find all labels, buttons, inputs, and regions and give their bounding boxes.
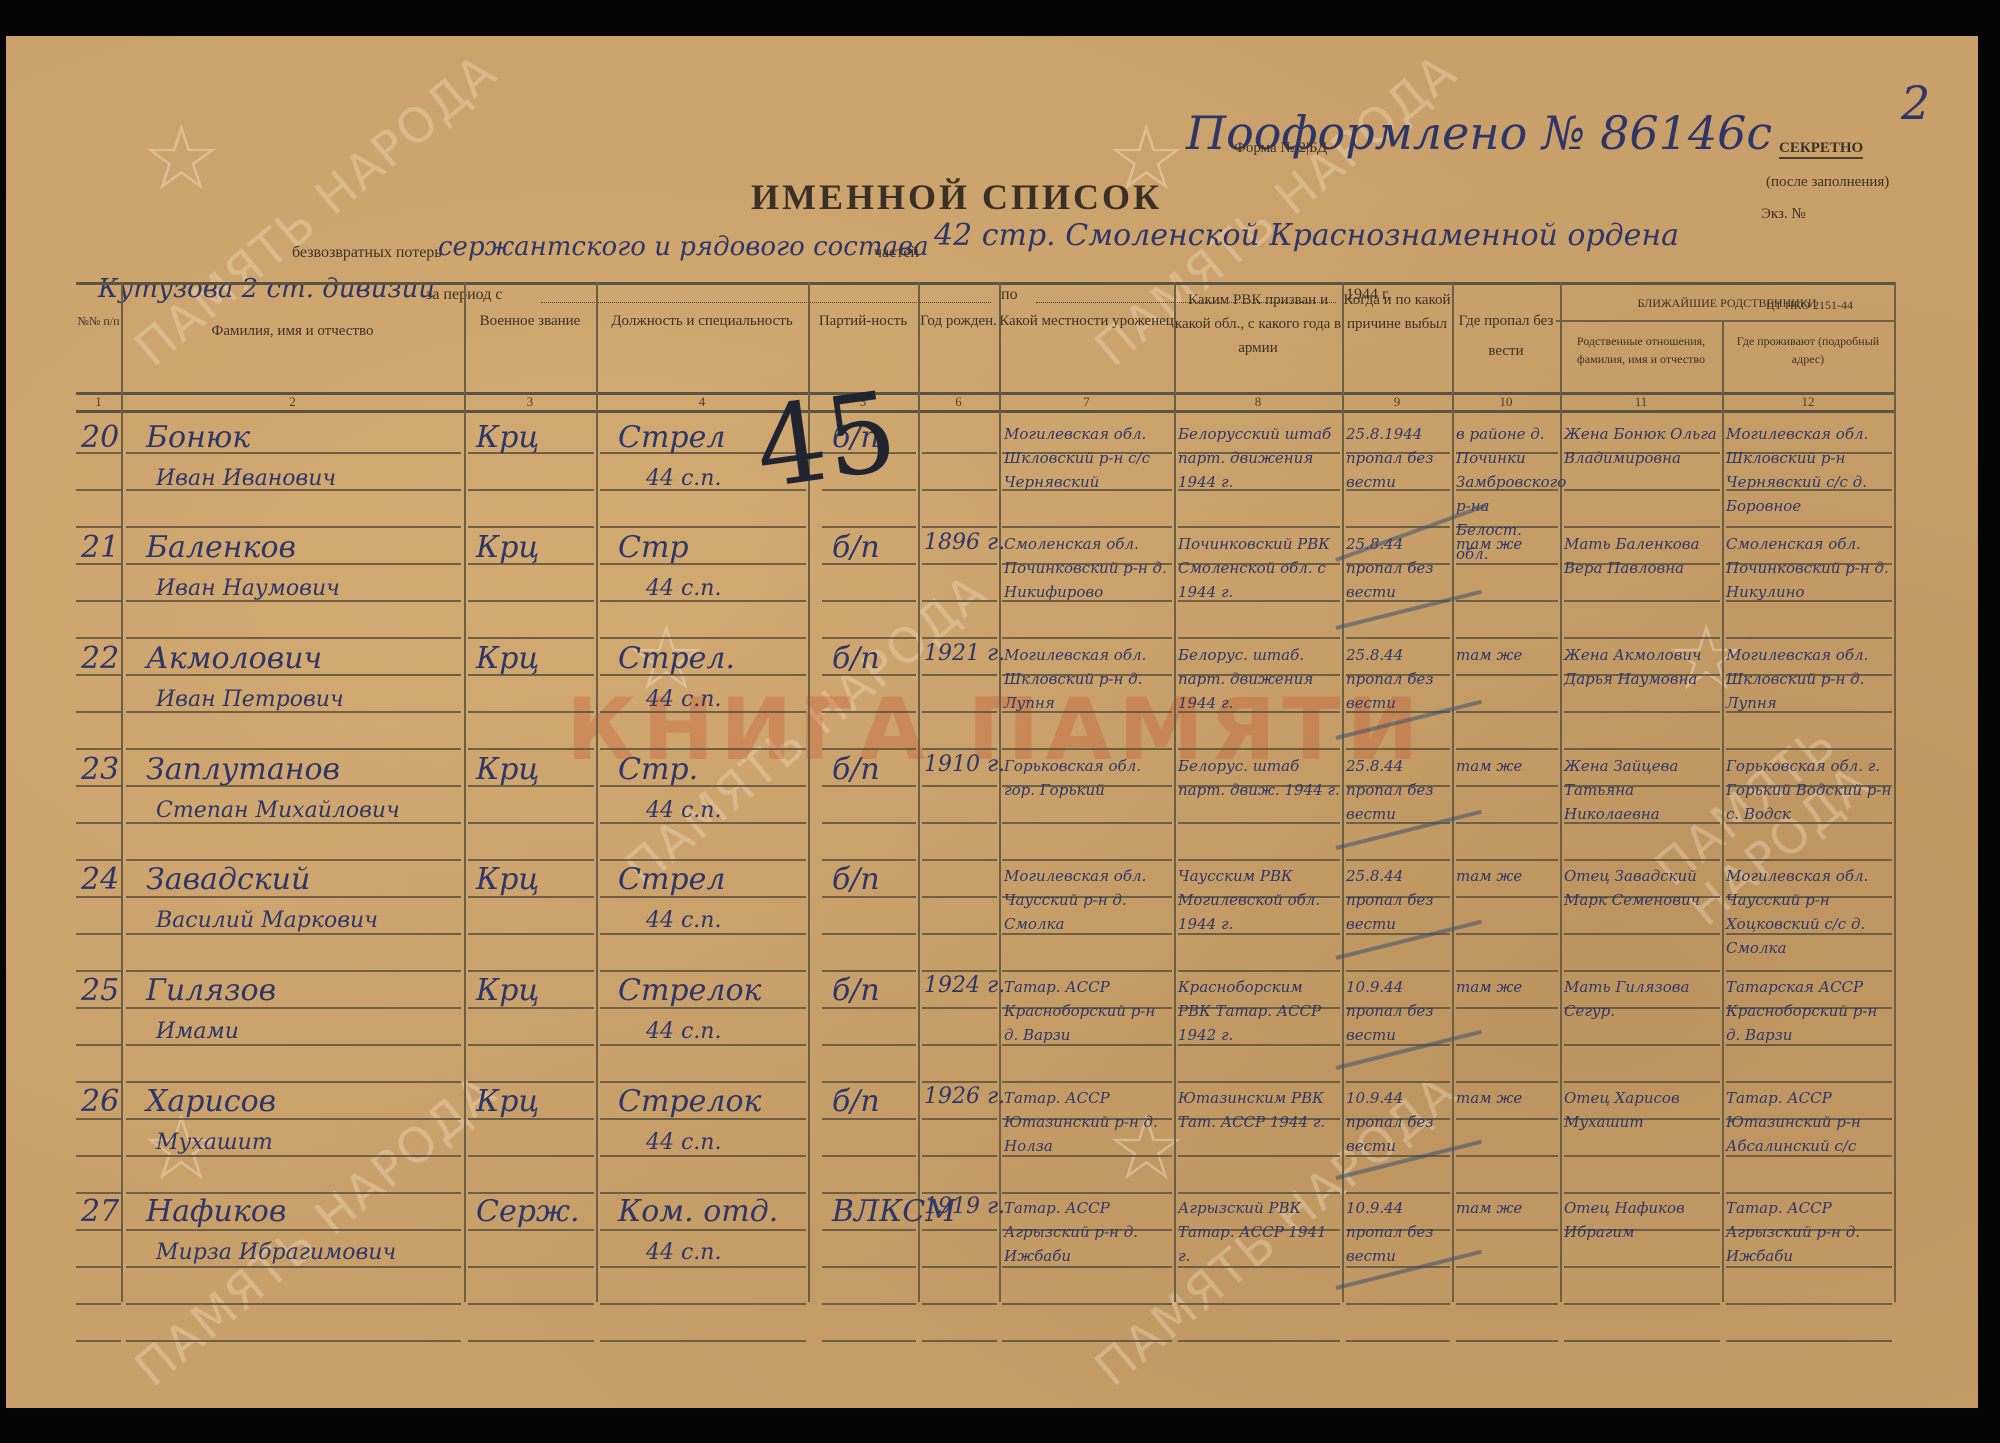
ruled-line xyxy=(1178,1155,1340,1157)
origin: Татар. АССР Агрызский р-н д. Ижбаби xyxy=(1004,1196,1172,1268)
ruled-line xyxy=(1456,896,1558,898)
relative-address: Могилевская обл. Шкловский р-н д. Лупня xyxy=(1726,643,1892,715)
ruled-line xyxy=(468,637,594,639)
ruled-line xyxy=(1564,1303,1720,1305)
col-header-origin: Какой местности уроженец xyxy=(999,306,1174,336)
rvk: Починковский РВК Смоленской обл. с 1944 … xyxy=(1178,532,1340,604)
origin: Могилевская обл. Шкловский р-н с/с Черня… xyxy=(1004,422,1172,494)
ruled-line xyxy=(1564,1044,1720,1046)
unit: 44 с.п. xyxy=(646,1240,806,1265)
col-divider xyxy=(1894,282,1896,1302)
relative-address: Татар. АССР Ютазинский р-н Абсалинский с… xyxy=(1726,1086,1892,1158)
ruled-line xyxy=(1564,489,1720,491)
period-to-label: по xyxy=(1001,286,1018,304)
ruled-line xyxy=(922,1044,997,1046)
ruled-line xyxy=(1564,1155,1720,1157)
ruled-line xyxy=(126,1340,461,1342)
ruled-line xyxy=(1346,1081,1450,1083)
ruled-line xyxy=(1456,1340,1558,1342)
ruled-line xyxy=(468,600,594,602)
when-lost: 25.8.44 пропал без вести xyxy=(1346,864,1450,936)
ruled-line xyxy=(468,822,594,824)
ruled-line xyxy=(1564,748,1720,750)
ruled-line xyxy=(922,489,997,491)
when-lost: 25.8.44 пропал без вести xyxy=(1346,643,1450,715)
when-lost: 25.8.44 пропал без вести xyxy=(1346,532,1450,604)
ruled-line xyxy=(1564,1081,1720,1083)
ruled-line xyxy=(1726,1340,1892,1342)
ruled-line xyxy=(1456,1303,1558,1305)
given-names: Мухашит xyxy=(156,1130,456,1155)
col-divider xyxy=(918,282,920,1302)
ruled-line xyxy=(822,1044,916,1046)
ruled-line xyxy=(922,859,997,861)
table-top-rule xyxy=(76,282,1896,285)
origin: Татар. АССР Красноборский р-н д. Варзи xyxy=(1004,975,1172,1047)
col-divider xyxy=(1560,282,1562,1302)
ruled-line xyxy=(126,970,461,972)
ruled-line xyxy=(922,1229,997,1231)
ruled-line xyxy=(600,1229,806,1231)
ruled-line xyxy=(1456,859,1558,861)
unit: 44 с.п. xyxy=(646,798,806,823)
ruled-line xyxy=(76,1044,121,1046)
position: Стрелок xyxy=(618,973,803,1008)
ruled-line xyxy=(600,1303,806,1305)
ruled-line xyxy=(468,1155,594,1157)
when-lost: 10.9.44 пропал без вести xyxy=(1346,1196,1450,1268)
ruled-line xyxy=(822,600,916,602)
row-number: 26 xyxy=(81,1084,121,1119)
ruled-line xyxy=(822,637,916,639)
ruled-line xyxy=(1178,526,1340,528)
party: б/п xyxy=(832,752,912,787)
col-divider xyxy=(121,282,123,1302)
when-lost: 25.8.1944 пропал без вести xyxy=(1346,422,1450,494)
ruled-line xyxy=(822,822,916,824)
row-number: 20 xyxy=(81,420,121,455)
ruled-line xyxy=(468,748,594,750)
rvk: Ютазинским РВК Тат. АССР 1944 г. xyxy=(1178,1086,1340,1134)
ruled-line xyxy=(468,859,594,861)
relative-address: Могилевская обл. Чаусский р-н Хоцковский… xyxy=(1726,864,1892,960)
birth-year: 1919 г. xyxy=(924,1194,999,1219)
rvk: Чаусским РВК Могилевской обл. 1944 г. xyxy=(1178,864,1340,936)
ruled-line xyxy=(1002,1340,1172,1342)
origin: Горьковская обл. гор. Горький xyxy=(1004,754,1172,802)
col-number: 2 xyxy=(121,394,464,410)
unit: 44 с.п. xyxy=(646,1019,806,1044)
ruled-line xyxy=(1178,1303,1340,1305)
ruled-line xyxy=(76,1155,121,1157)
col-number: 3 xyxy=(464,394,596,410)
ruled-line xyxy=(922,563,997,565)
ruled-line xyxy=(1564,1340,1720,1342)
ruled-line xyxy=(822,526,916,528)
ruled-line xyxy=(1178,822,1340,824)
rvk: Белорус. штаб парт. движ. 1944 г. xyxy=(1178,754,1340,802)
relative-address: Горьковская обл. г. Горький Водский р-н … xyxy=(1726,754,1892,826)
party: б/п xyxy=(832,1084,912,1119)
origin: Могилевская обл. Шкловский р-н д. Лупня xyxy=(1004,643,1172,715)
ruled-line xyxy=(822,970,916,972)
ruled-line xyxy=(1726,748,1892,750)
ruled-line xyxy=(822,933,916,935)
rank: Крц xyxy=(476,420,591,455)
ruled-line xyxy=(1002,859,1172,861)
ruled-line xyxy=(1002,1081,1172,1083)
party: б/п xyxy=(832,973,912,1008)
ruled-line xyxy=(1726,1192,1892,1194)
relative: Отец Нафиков Ибрагим xyxy=(1564,1196,1720,1244)
ruled-line xyxy=(1002,637,1172,639)
col-header-relatives-group: БЛИЖАЙШИЕ РОДСТВЕННИКИ xyxy=(1560,288,1894,318)
ruled-line xyxy=(1002,1303,1172,1305)
ruled-line xyxy=(922,933,997,935)
ruled-line xyxy=(822,1081,916,1083)
ruled-line xyxy=(1564,526,1720,528)
ruled-line xyxy=(822,1340,916,1342)
col-header-birth-year: Год рожден. xyxy=(918,306,999,336)
ruled-line xyxy=(1726,526,1892,528)
surname: Акмолович xyxy=(146,641,456,676)
given-names: Имами xyxy=(156,1019,456,1044)
surname: Нафиков xyxy=(146,1194,456,1229)
col-header-where: Где пропал без вести xyxy=(1452,306,1560,366)
ruled-line xyxy=(922,452,997,454)
personnel-category: сержантского и рядового состава xyxy=(438,232,929,262)
ruled-line xyxy=(1346,859,1450,861)
period-from-field xyxy=(541,302,991,303)
document-page: ☆ ПАМЯТЬ НАРОДА ☆ ПАМЯТЬ НАРОДА ☆ ПАМЯТЬ… xyxy=(6,36,1978,1408)
document-title: ИМЕННОЙ СПИСОК xyxy=(751,176,1162,218)
col-number: 10 xyxy=(1452,394,1560,410)
ruled-line xyxy=(468,1044,594,1046)
position: Стрел xyxy=(618,862,803,897)
ruled-line xyxy=(126,933,461,935)
ruled-line xyxy=(1178,1081,1340,1083)
ruled-line xyxy=(1346,970,1450,972)
relative: Отец Завадский Марк Семенович xyxy=(1564,864,1720,912)
ruled-line xyxy=(600,933,806,935)
col-header-party: Партий-ность xyxy=(808,306,918,336)
ruled-line xyxy=(126,748,461,750)
where-lost: там же xyxy=(1456,975,1558,999)
rank: Крц xyxy=(476,641,591,676)
ruled-line xyxy=(922,1118,997,1120)
rank: Крц xyxy=(476,973,591,1008)
ruled-line xyxy=(1456,711,1558,713)
ruled-line xyxy=(922,674,997,676)
given-names: Иван Наумович xyxy=(156,576,456,601)
when-lost: 10.9.44 пропал без вести xyxy=(1346,1086,1450,1158)
when-lost: 25.8.44 пропал без вести xyxy=(1346,754,1450,826)
col-divider xyxy=(464,282,466,1302)
ruled-line xyxy=(822,1155,916,1157)
ruled-line xyxy=(600,526,806,528)
ruled-line xyxy=(76,748,121,750)
ruled-line xyxy=(1726,859,1892,861)
ruled-line xyxy=(76,970,121,972)
birth-year: 1924 г. xyxy=(924,973,999,998)
col-header-when: Когда и по какой причине выбыл xyxy=(1342,288,1452,336)
relative-address: Могилевская обл. Шкловский р-н Чернявски… xyxy=(1726,422,1892,518)
ruled-line xyxy=(1456,822,1558,824)
col-divider xyxy=(1722,320,1724,1302)
where-lost: там же xyxy=(1456,754,1558,778)
ruled-line xyxy=(1346,1303,1450,1305)
secrecy-label: СЕКРЕТНО xyxy=(1779,140,1863,159)
relative-address: Татар. АССР Агрызский р-н д. Ижбаби xyxy=(1726,1196,1892,1268)
surname: Заплутанов xyxy=(146,752,456,787)
relative: Жена Бонюк Ольга Владимировна xyxy=(1564,422,1720,470)
ruled-line xyxy=(1564,970,1720,972)
ruled-line xyxy=(468,711,594,713)
unit: 44 с.п. xyxy=(646,687,806,712)
ruled-line xyxy=(600,1340,806,1342)
where-lost: там же xyxy=(1456,1196,1558,1220)
ruled-line xyxy=(1456,1081,1558,1083)
ruled-line xyxy=(822,859,916,861)
given-names: Иван Петрович xyxy=(156,687,456,712)
surname: Бонюк xyxy=(146,420,456,455)
ruled-line xyxy=(126,1229,461,1231)
group-header-rule xyxy=(1556,320,1896,322)
col-header-rank: Военное звание xyxy=(464,306,596,336)
ruled-line xyxy=(1002,748,1172,750)
rvk: Агрызский РВК Татар. АССР 1941 г. xyxy=(1178,1196,1340,1268)
ruled-line xyxy=(1178,1340,1340,1342)
where-lost: там же xyxy=(1456,864,1558,888)
losses-label: безвозвратных потерь xyxy=(292,244,442,262)
where-lost: там же xyxy=(1456,532,1558,556)
col-divider xyxy=(1342,282,1344,1302)
ruled-line xyxy=(126,1044,461,1046)
ruled-line xyxy=(1456,1266,1558,1268)
row-number: 22 xyxy=(81,641,121,676)
colnum-bottom-rule xyxy=(76,410,1896,413)
ruled-line xyxy=(1456,933,1558,935)
ruled-line xyxy=(468,1266,594,1268)
ruled-line xyxy=(922,1081,997,1083)
given-names: Василий Маркович xyxy=(156,908,456,933)
position: Стр. xyxy=(618,752,803,787)
ruled-line xyxy=(126,1155,461,1157)
col-number: 12 xyxy=(1722,394,1894,410)
col-divider xyxy=(1174,282,1176,1302)
division-name: Кутузова 2 ст. дивизии xyxy=(98,274,435,304)
ruled-line xyxy=(922,1303,997,1305)
ruled-line xyxy=(76,600,121,602)
ruled-line xyxy=(1002,970,1172,972)
ruled-line xyxy=(76,526,121,528)
ruled-line xyxy=(76,1229,121,1231)
ruled-line xyxy=(126,1081,461,1083)
surname: Гилязов xyxy=(146,973,456,1008)
ruled-line xyxy=(1002,822,1172,824)
rvk: Красноборским РВК Татар. АССР 1942 г. xyxy=(1178,975,1340,1047)
ruled-line xyxy=(922,526,997,528)
rank: Крц xyxy=(476,752,591,787)
row-number: 25 xyxy=(81,973,121,1008)
ruled-line xyxy=(600,1266,806,1268)
ruled-line xyxy=(1178,637,1340,639)
unit: 44 с.п. xyxy=(646,1130,806,1155)
rvk: Белорус. штаб. парт. движения 1944 г. xyxy=(1178,643,1340,715)
ruled-line xyxy=(1456,1044,1558,1046)
ruled-line xyxy=(126,526,461,528)
ruled-line xyxy=(1346,1192,1450,1194)
col-divider xyxy=(999,282,1001,1302)
ruled-line xyxy=(468,1303,594,1305)
ruled-line xyxy=(1346,637,1450,639)
ruled-line xyxy=(126,637,461,639)
party: ВЛКСМ xyxy=(832,1194,912,1229)
ruled-line xyxy=(1564,1266,1720,1268)
ruled-line xyxy=(126,1266,461,1268)
ruled-line xyxy=(1456,674,1558,676)
ruled-line xyxy=(600,970,806,972)
ruled-line xyxy=(822,1303,916,1305)
ruled-line xyxy=(822,1266,916,1268)
ruled-line xyxy=(1456,1192,1558,1194)
surname: Завадский xyxy=(146,862,456,897)
surname: Харисов xyxy=(146,1084,456,1119)
rvk: Белорусский штаб парт. движения 1944 г. xyxy=(1178,422,1340,494)
ruled-line xyxy=(1564,600,1720,602)
party: б/п xyxy=(832,641,912,676)
ruled-line xyxy=(76,1303,121,1305)
origin: Смоленская обл. Починковский р-н д. Ники… xyxy=(1004,532,1172,604)
ruled-line xyxy=(76,711,121,713)
ruled-line xyxy=(600,859,806,861)
ruled-line xyxy=(76,859,121,861)
ruled-line xyxy=(922,1340,997,1342)
ruled-line xyxy=(1564,711,1720,713)
units-label: частей xyxy=(874,244,919,262)
col-divider xyxy=(596,282,598,1302)
col-number: 7 xyxy=(999,394,1174,410)
ruled-line xyxy=(922,785,997,787)
ruled-line xyxy=(1456,1007,1558,1009)
ruled-line xyxy=(1456,1229,1558,1231)
ruled-line xyxy=(76,1081,121,1083)
ruled-line xyxy=(822,1229,916,1231)
ruled-line xyxy=(76,1340,121,1342)
ruled-line xyxy=(468,933,594,935)
given-names: Иван Иванович xyxy=(156,466,456,491)
rank: Крц xyxy=(476,862,591,897)
ruled-line xyxy=(1726,637,1892,639)
row-number: 21 xyxy=(81,530,121,565)
ruled-line xyxy=(1002,1192,1172,1194)
ruled-line xyxy=(922,1155,997,1157)
birth-year: 1910 г. xyxy=(924,752,999,777)
ruled-line xyxy=(1456,748,1558,750)
ruled-line xyxy=(1456,1118,1558,1120)
ruled-line xyxy=(600,1044,806,1046)
ruled-line xyxy=(922,637,997,639)
col-header-name: Фамилия, имя и отчество xyxy=(121,316,464,346)
ruled-line xyxy=(468,1340,594,1342)
where-lost: там же xyxy=(1456,1086,1558,1110)
ruled-line xyxy=(822,748,916,750)
party: б/п xyxy=(832,530,912,565)
birth-year: 1926 г. xyxy=(924,1084,999,1109)
relative: Жена Акмолович Дарья Наумовна xyxy=(1564,643,1720,691)
ruled-line xyxy=(922,1007,997,1009)
rank: Серж. xyxy=(476,1194,591,1229)
ruled-line xyxy=(922,1266,997,1268)
ruled-line xyxy=(1726,1081,1892,1083)
ruled-line xyxy=(922,970,997,972)
col-number: 11 xyxy=(1560,394,1722,410)
ruled-line xyxy=(922,600,997,602)
unit: 44 с.п. xyxy=(646,576,806,601)
ruled-line xyxy=(600,1155,806,1157)
ruled-line xyxy=(468,970,594,972)
relative-address: Татарская АССР Красноборский р-н д. Варз… xyxy=(1726,975,1892,1047)
rank: Крц xyxy=(476,1084,591,1119)
ruled-line xyxy=(1456,600,1558,602)
ruled-line xyxy=(76,637,121,639)
row-number: 23 xyxy=(81,752,121,787)
ruled-line xyxy=(468,1229,594,1231)
ruled-line xyxy=(922,822,997,824)
ruled-line xyxy=(1002,526,1172,528)
ruled-line xyxy=(1178,859,1340,861)
given-names: Степан Михайлович xyxy=(156,798,456,823)
ruled-line xyxy=(1564,859,1720,861)
unit: 44 с.п. xyxy=(646,908,806,933)
col-header-rvk: Каким РВК призван и какой обл., с какого… xyxy=(1174,288,1342,360)
position: Стр xyxy=(618,530,803,565)
star-watermark-icon: ☆ xyxy=(141,106,222,211)
position: Ком. отд. xyxy=(618,1194,803,1229)
ruled-line xyxy=(126,859,461,861)
rank: Крц xyxy=(476,530,591,565)
row-number: 27 xyxy=(81,1194,121,1229)
ruled-line xyxy=(76,822,121,824)
ruled-line xyxy=(126,1303,461,1305)
relative: Отец Харисов Мухашит xyxy=(1564,1086,1720,1134)
when-lost: 10.9.44 пропал без вести xyxy=(1346,975,1450,1047)
birth-year: 1921 г. xyxy=(924,641,999,666)
surname: Баленков xyxy=(146,530,456,565)
col-header-position: Должность и специальность xyxy=(596,306,808,336)
where-lost: там же xyxy=(1456,643,1558,667)
page-number: 2 xyxy=(1901,76,1930,130)
relative-address: Смоленская обл. Починковский р-н д. Нику… xyxy=(1726,532,1892,604)
after-fill-label: (после заполнения) xyxy=(1766,174,1889,191)
ruled-line xyxy=(1178,748,1340,750)
ruled-line xyxy=(1456,970,1558,972)
ruled-line xyxy=(600,1081,806,1083)
ruled-line xyxy=(76,933,121,935)
ruled-line xyxy=(1564,1192,1720,1194)
ruled-line xyxy=(1178,1192,1340,1194)
party: б/п xyxy=(832,862,912,897)
col-number: 9 xyxy=(1342,394,1452,410)
relative: Жена Зайцева Татьяна Николаевна xyxy=(1564,754,1720,826)
ruled-line xyxy=(1346,1340,1450,1342)
ruled-line xyxy=(1456,785,1558,787)
form-label: Форма № 2|БД xyxy=(1234,140,1327,157)
ruled-line xyxy=(1456,1155,1558,1157)
col-number: 1 xyxy=(76,394,121,410)
ruled-line xyxy=(76,489,121,491)
unit-name: 42 стр. Смоленской Краснознаменной орден… xyxy=(934,218,1679,253)
